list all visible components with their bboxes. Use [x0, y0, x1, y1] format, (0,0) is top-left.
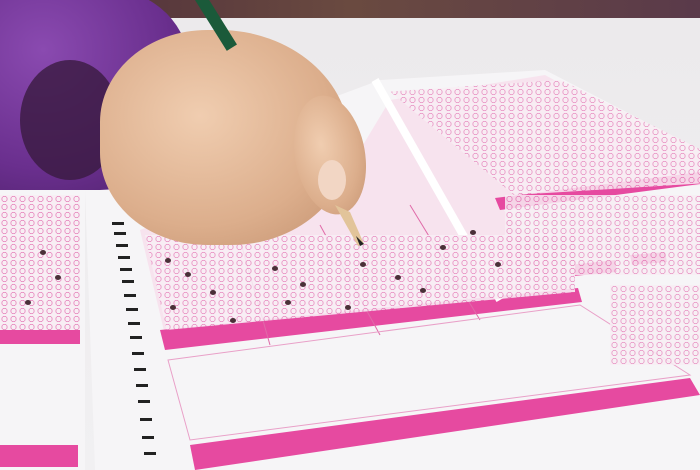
- pencil-tip: [0, 0, 700, 470]
- photo-scene: [0, 0, 700, 470]
